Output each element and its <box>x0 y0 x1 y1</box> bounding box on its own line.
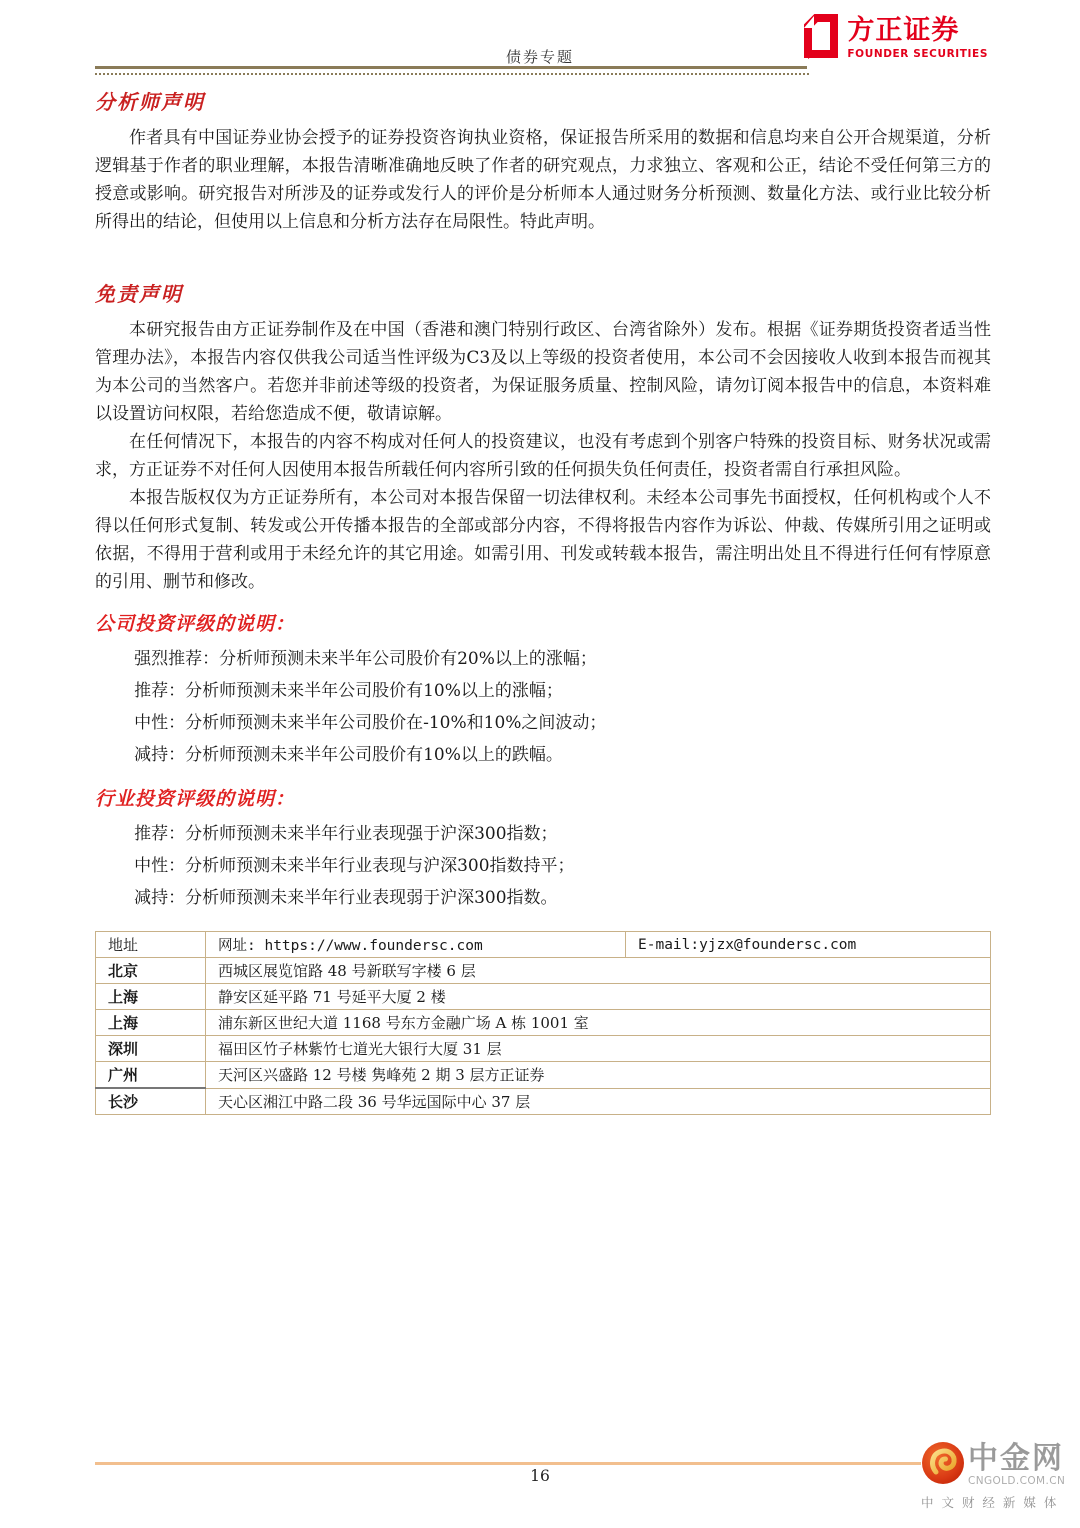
table-row: 北京 西城区展览馆路 48 号新联写字楼 6 层 <box>96 958 991 984</box>
table-header-row: 地址 网址: https://www.foundersc.com E-mail:… <box>96 932 991 958</box>
watermark-title: 中金网 <box>968 1443 1064 1475</box>
analyst-statement-paragraph: 作者具有中国证券业协会授予的证券投资咨询执业资格，保证报告所采用的数据和信息均来… <box>95 124 991 236</box>
city-cell: 上海 <box>96 1010 206 1036</box>
rating-item: 中性：分析师预测未来半年公司股价在-10%和10%之间波动； <box>134 707 991 739</box>
report-page: 债券专题 方正证券 FOUNDER SECURITIES 分析师声明 作者具有中… <box>0 0 1080 1528</box>
table-row: 深圳 福田区竹子林紫竹七道光大银行大厦 31 层 <box>96 1036 991 1062</box>
rating-item: 减持：分析师预测未来半年行业表现弱于沪深300指数。 <box>134 882 991 914</box>
founder-logo-icon <box>804 14 838 63</box>
watermark-domain: CNGOLD.COM.CN <box>968 1475 1065 1487</box>
company-rating-heading: 公司投资评级的说明： <box>95 609 991 636</box>
table-row: 广州 天河区兴盛路 12 号楼 隽峰苑 2 期 3 层方正证券 <box>96 1062 991 1089</box>
address-cell: 西城区展览馆路 48 号新联写字楼 6 层 <box>206 958 991 984</box>
disclaimer-paragraph: 本研究报告由方正证券制作及在中国（香港和澳门特别行政区、台湾省除外）发布。根据《… <box>95 316 991 428</box>
city-cell: 上海 <box>96 984 206 1010</box>
address-cell: 天河区兴盛路 12 号楼 隽峰苑 2 期 3 层方正证券 <box>206 1062 991 1089</box>
brand-name-en: FOUNDER SECURITIES <box>847 48 988 60</box>
disclaimer-paragraph: 本报告版权仅为方正证券所有，本公司对本报告保留一切法律权利。未经本公司事先书面授… <box>95 484 991 596</box>
rating-item: 中性：分析师预测未来半年行业表现与沪深300指数持平； <box>134 850 991 882</box>
address-cell: 静安区延平路 71 号延平大厦 2 楼 <box>206 984 991 1010</box>
table-row: 上海 浦东新区世纪大道 1168 号东方金融广场 A 栋 1001 室 <box>96 1010 991 1036</box>
analyst-statement-heading: 分析师声明 <box>95 86 991 115</box>
contact-table: 地址 网址: https://www.foundersc.com E-mail:… <box>95 931 991 1115</box>
city-cell: 广州 <box>96 1062 206 1089</box>
email-cell: E-mail:yjzx@foundersc.com <box>626 932 991 958</box>
company-rating-list: 强烈推荐：分析师预测未来半年公司股价有20%以上的涨幅； 推荐：分析师预测未来半… <box>95 643 991 771</box>
city-cell: 深圳 <box>96 1036 206 1062</box>
city-cell: 长沙 <box>96 1088 206 1115</box>
website-cell: 网址: https://www.foundersc.com <box>206 932 626 958</box>
watermark-tagline: 中 文 财 经 新 媒 体 <box>921 1493 1073 1511</box>
disclaimer-heading: 免责声明 <box>95 278 991 307</box>
rating-item: 推荐：分析师预测未来半年行业表现强于沪深300指数； <box>134 818 991 850</box>
table-row: 长沙 天心区湘江中路二段 36 号华远国际中心 37 层 <box>96 1088 991 1115</box>
page-number: 16 <box>0 1467 1080 1485</box>
brand-name-cn: 方正证券 <box>847 17 959 44</box>
founder-securities-logo: 方正证券 FOUNDER SECURITIES <box>804 14 988 63</box>
rating-item: 推荐：分析师预测未来半年公司股价有10%以上的涨幅； <box>134 675 991 707</box>
address-cell: 天心区湘江中路二段 36 号华远国际中心 37 层 <box>206 1088 991 1115</box>
main-content: 分析师声明 作者具有中国证券业协会授予的证券投资咨询执业资格，保证报告所采用的数… <box>95 86 991 1115</box>
footer-rule <box>95 1462 990 1465</box>
address-cell: 浦东新区世纪大道 1168 号东方金融广场 A 栋 1001 室 <box>206 1010 991 1036</box>
disclaimer-paragraph: 在任何情况下，本报告的内容不构成对任何人的投资建议，也没有考虑到个别客户特殊的投… <box>95 428 991 484</box>
city-cell: 北京 <box>96 958 206 984</box>
cngold-watermark: 中金网 CNGOLD.COM.CN 中 文 财 经 新 媒 体 <box>921 1441 1073 1523</box>
industry-rating-heading: 行业投资评级的说明： <box>95 784 991 811</box>
header-rule-dotted <box>95 73 809 75</box>
rating-item: 减持：分析师预测未来半年公司股价有10%以上的跌幅。 <box>134 739 991 771</box>
table-row: 上海 静安区延平路 71 号延平大厦 2 楼 <box>96 984 991 1010</box>
rating-item: 强烈推荐：分析师预测未来半年公司股价有20%以上的涨幅； <box>134 643 991 675</box>
address-cell: 福田区竹子林紫竹七道光大银行大厦 31 层 <box>206 1036 991 1062</box>
header-rule-solid <box>95 66 807 69</box>
industry-rating-list: 推荐：分析师预测未来半年行业表现强于沪深300指数； 中性：分析师预测未来半年行… <box>95 818 991 914</box>
address-label-cell: 地址 <box>96 932 206 958</box>
cngold-logo-icon <box>921 1441 965 1489</box>
